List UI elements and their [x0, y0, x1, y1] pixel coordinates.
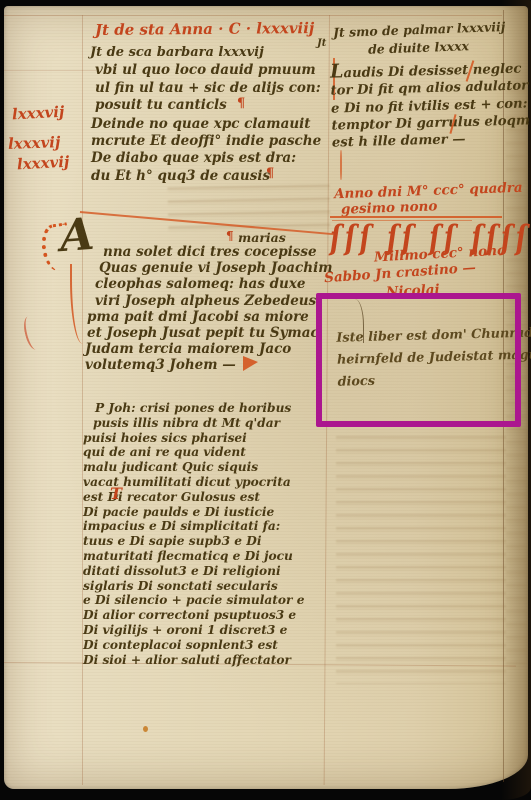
- paragraph-ubi: vbi ul quo loco dauid pmuum ul fin ul ta…: [95, 62, 321, 115]
- text-line: impacius e Di simplicitati fa:: [83, 519, 304, 534]
- ruling-line-left-margin: [82, 15, 83, 785]
- paraph-mark: ¶: [266, 166, 274, 181]
- text-line: du Et h° quq3 de causis: [91, 168, 321, 185]
- text-line: malu judicant Quic siquis: [83, 460, 304, 475]
- text-line: mcrute Et deoffi° indie pasche: [91, 133, 321, 150]
- text-line: Di conteplacoi sopnlent3 est: [83, 638, 304, 653]
- text-line: Di vigilijs + oroni 1 discret3 e: [83, 623, 304, 638]
- text-line: maturitati flecmaticq e Di jocu: [83, 549, 304, 564]
- text-line: Di alior correctoni psuptuos3 e: [83, 608, 304, 623]
- rubric-title: Jt de sta Anna · C · lxxxviij: [95, 19, 314, 39]
- text-line: nna solet dici tres cocepisse: [95, 244, 333, 260]
- paraph-mark: ¶: [226, 229, 234, 243]
- manuscript-photo: lxxxvij lxxxvij lxxxvij Jt de sta Anna ·…: [0, 0, 531, 800]
- text-line: puisi hoies sics pharisei: [83, 431, 304, 446]
- text-line: viri Joseph alpheus Zebedeus: [95, 293, 333, 309]
- showthrough-right-lower: [336, 436, 506, 684]
- paragraph-deinde: Deinde no quae xpc clamauit mcrute Et de…: [91, 116, 321, 185]
- text-line: Judam tercia maiorem Jaco: [85, 341, 333, 357]
- text-line: pusis illis nibra dt Mt q'dar: [83, 416, 304, 431]
- red-year-note-line2: gesimo nono: [341, 198, 438, 217]
- text-line: Deinde no quae xpc clamauit: [91, 116, 321, 133]
- paragraph-laudis: Laudis Di desisset neglec tor Di fit qm …: [330, 58, 531, 152]
- text-line: P Joh: crisi pones de horibus: [83, 401, 304, 416]
- text-line: posuit tu canticls: [95, 97, 321, 115]
- ruling-line-top: [4, 15, 502, 16]
- text-line: Di pacie paulds e Di iusticie: [83, 505, 304, 520]
- paraph-mark: ¶: [237, 96, 245, 111]
- text-line: siglaris Di sonctati secularis: [83, 579, 304, 594]
- margin-folio-number: lxxxvij: [17, 153, 70, 174]
- text-line: tuus e Di sapie supb3 e Di: [83, 534, 304, 549]
- text-line: cleophas salomeq: has duxe: [95, 276, 333, 292]
- text-line: vbi ul quo loco dauid pmuum: [95, 62, 321, 80]
- text-line: ul fin ul tau + sic de alijs con:: [95, 80, 321, 98]
- text-line: pma pait dmi Jacobi sa miore: [87, 309, 333, 325]
- red-flourish-stroke: [340, 150, 342, 180]
- initial-letter-L: L: [330, 60, 344, 82]
- text-line: qui de ani re qua vident: [83, 445, 304, 460]
- text-line: ditati dissolut3 e Di religioni: [83, 564, 304, 579]
- red-t-mark: T: [110, 484, 122, 503]
- red-triangle-mark: [243, 356, 258, 371]
- paragraph-anna: nna solet dici tres cocepisse Quas genui…: [95, 244, 333, 374]
- text-line: Quas genuie vi Joseph Joachim: [95, 260, 333, 276]
- margin-folio-number: lxxxvij: [8, 133, 61, 153]
- initial-letter-A: A: [59, 213, 96, 259]
- ink-spot: [143, 726, 148, 732]
- text-line: De diabo quae xpis est dra:: [91, 150, 321, 167]
- text-line: e Di silencio + pacie simulator e: [83, 593, 304, 608]
- paragraph-hypocrisi: P Joh: crisi pones de horibus pusis illi…: [83, 401, 304, 667]
- chapter-header: Jt de sca barbara lxxxvij: [90, 45, 264, 60]
- right-header-prefix: Jt: [317, 38, 326, 49]
- highlight-annotation-box: [316, 293, 521, 427]
- text-line: Di sioi + alior saluti affectator: [83, 653, 304, 668]
- margin-word-marias: marias: [238, 230, 286, 245]
- text-line: volutemq3 Johem —: [85, 357, 333, 373]
- text-line: et Joseph Jusat pepit tu Symac: [87, 325, 333, 341]
- margin-folio-number: lxxxvij: [12, 103, 65, 124]
